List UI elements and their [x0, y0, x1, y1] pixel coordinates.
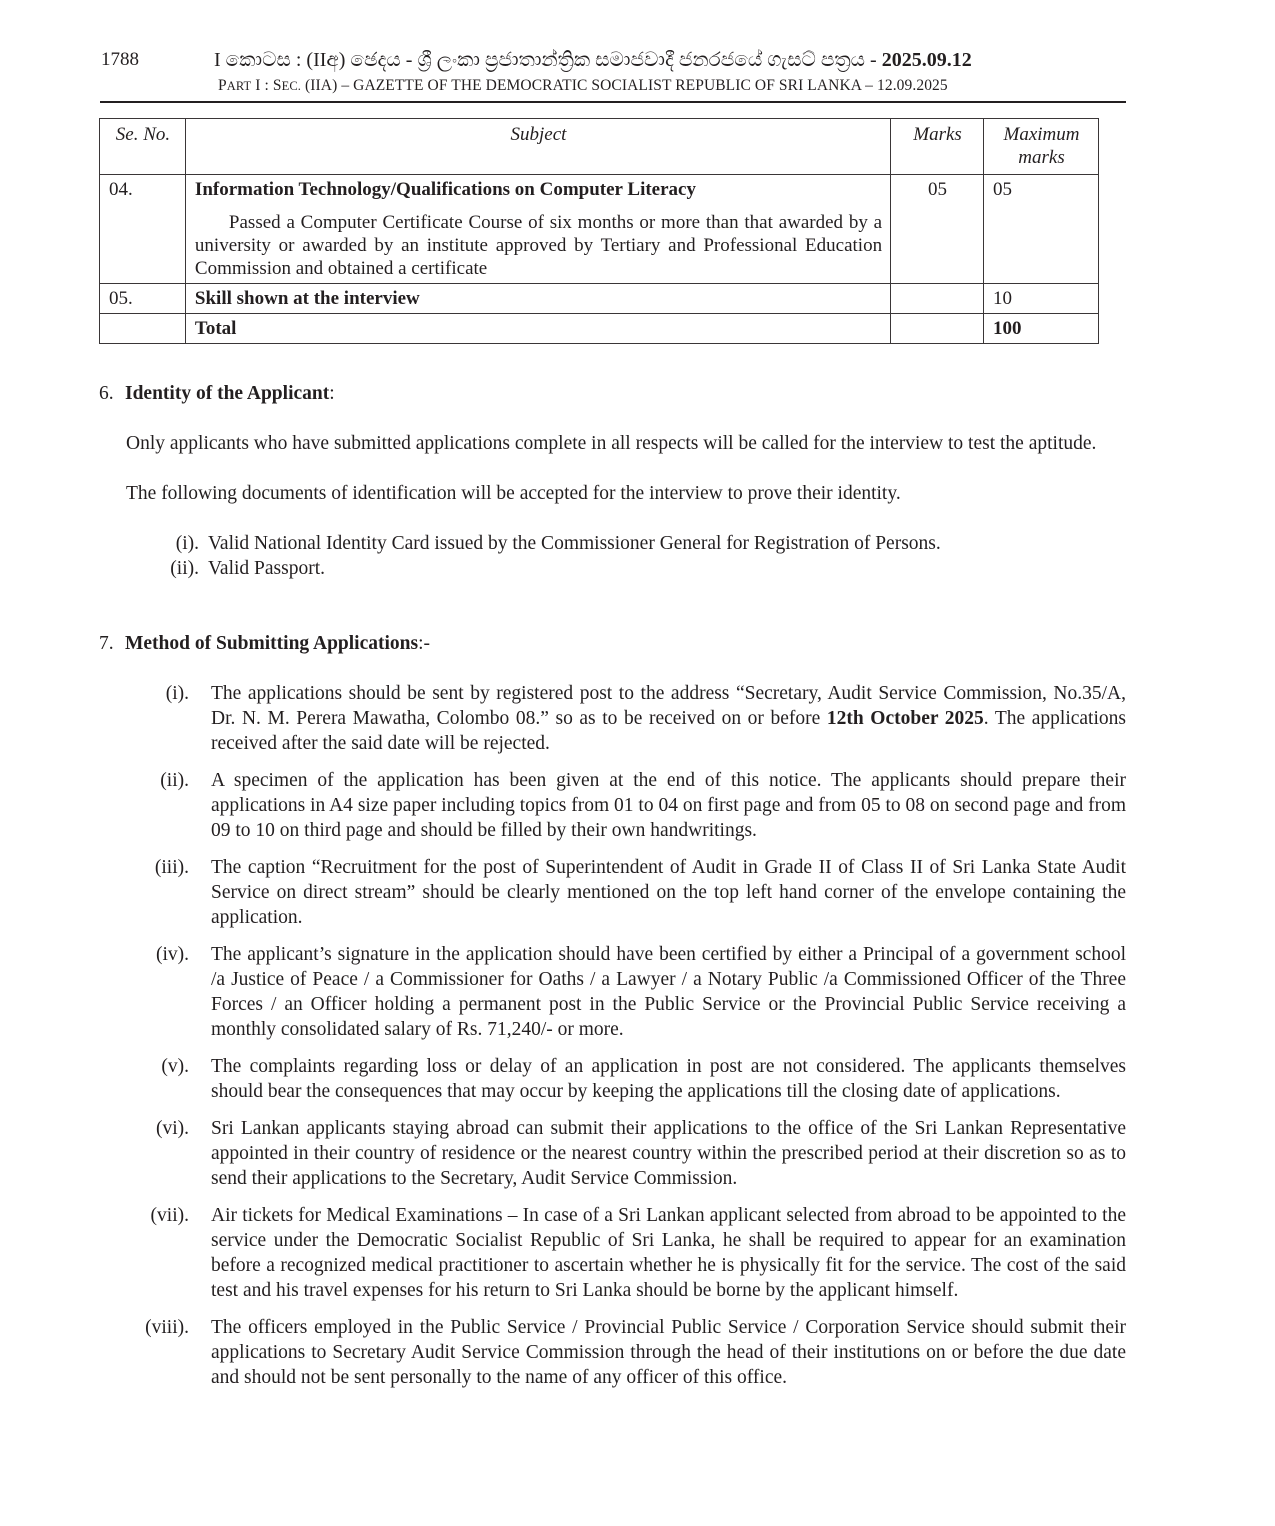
title-rest-1: I :: [251, 77, 273, 94]
cell-subject: Information Technology/Qualifications on…: [185, 175, 890, 284]
list-item: (ii).A specimen of the application has b…: [99, 768, 1126, 843]
cell-subject: Skill shown at the interview: [185, 284, 890, 314]
section-heading: 7.Method of Submitting Applications:-: [99, 631, 1126, 656]
list-item-label: (ii).: [99, 768, 189, 793]
list-item: (viii). The officers employed in the Pub…: [99, 1315, 1126, 1390]
header-rule: [100, 101, 1126, 103]
header-se-no: Se. No.: [100, 119, 186, 175]
marks-table: Se. No. Subject Marks Maximum marks 04. …: [99, 118, 1099, 344]
closing-date: 12th October 2025: [827, 708, 984, 729]
title-sec: SEC.: [273, 77, 301, 94]
list-item: (i).Valid National Identity Card issued …: [99, 531, 1126, 556]
cell-maximum-marks: 10: [984, 284, 1099, 314]
list-item-text: Sri Lankan applicants staying abroad can…: [211, 1118, 1126, 1189]
cell-marks: [891, 284, 984, 314]
sinhala-title-date: 2025.09.12: [882, 49, 972, 71]
list-item: (vi).Sri Lankan applicants staying abroa…: [99, 1116, 1126, 1191]
list-item-label: (v).: [99, 1054, 189, 1079]
gazette-title-sinhala: I කොටස : (IIඅ) ඡෙදය - ශ්‍රී ලංකා ප්‍රජාත…: [214, 49, 1064, 72]
table-row: 05. Skill shown at the interview 10: [100, 284, 1099, 314]
section-title-suffix: :: [329, 383, 334, 404]
subject-title: Information Technology/Qualifications on…: [195, 178, 882, 201]
list-item-label: (i).: [176, 531, 199, 556]
list-item-text: Valid Passport.: [208, 558, 325, 579]
list-item: (iii).The caption “Recruitment for the p…: [99, 855, 1126, 930]
list-item-label: (viii).: [99, 1315, 189, 1340]
section-title-suffix: :-: [418, 633, 430, 654]
table-row: 04. Information Technology/Qualification…: [100, 175, 1099, 284]
list-item: (vii).Air tickets for Medical Examinatio…: [99, 1203, 1126, 1303]
header-marks: Marks: [891, 119, 984, 175]
list-item-label: (vii).: [99, 1203, 189, 1228]
cell-total-maximum: 100: [984, 314, 1099, 344]
list-item: (ii).Valid Passport.: [99, 556, 1126, 581]
section-heading: 6.Identity of the Applicant:: [99, 381, 1126, 406]
identity-paragraph-2: The following documents of identificatio…: [126, 481, 1126, 506]
cell-total-label: Total: [185, 314, 890, 344]
list-item-text: The complaints regarding loss or delay o…: [211, 1056, 1126, 1102]
identity-paragraph-1: Only applicants who have submitted appli…: [126, 431, 1126, 456]
section-title: Method of Submitting Applications: [125, 633, 418, 654]
list-item-text: The officers employed in the Public Serv…: [211, 1317, 1126, 1388]
title-part: PART: [218, 77, 251, 94]
list-item-label: (iii).: [99, 855, 189, 880]
cell-se-no: [100, 314, 186, 344]
gazette-title-english: PART I : SEC. (IIA) – GAZETTE OF THE DEM…: [218, 77, 948, 95]
identity-documents-list: (i).Valid National Identity Card issued …: [99, 531, 1126, 581]
list-item-text: The applicant’s signature in the applica…: [211, 944, 1126, 1040]
title-rest-2: (IIA) – GAZETTE OF THE DEMOCRATIC SOCIAL…: [301, 77, 948, 94]
list-item-label: (iv).: [99, 942, 189, 967]
header-subject: Subject: [185, 119, 890, 175]
list-item-text: The caption “Recruitment for the post of…: [211, 857, 1126, 928]
cell-se-no: 04.: [100, 175, 186, 284]
section-identity: 6.Identity of the Applicant: Only applic…: [99, 381, 1126, 581]
list-item-label: (vi).: [99, 1116, 189, 1141]
list-item: (i).The applications should be sent by r…: [99, 681, 1126, 756]
section-title: Identity of the Applicant: [125, 383, 329, 404]
section-method-of-submitting: 7.Method of Submitting Applications:- (i…: [99, 631, 1126, 1402]
sinhala-title-text: I කොටස : (IIඅ) ඡෙදය - ශ්‍රී ලංකා ප්‍රජාත…: [214, 49, 882, 71]
list-item-text: Air tickets for Medical Examinations – I…: [211, 1205, 1126, 1301]
section-number: 6.: [99, 381, 125, 406]
header-maximum-marks: Maximum marks: [984, 119, 1099, 175]
list-item-label: (ii).: [170, 556, 199, 581]
list-item-label: (i).: [99, 681, 189, 706]
list-item-text: A specimen of the application has been g…: [211, 770, 1126, 841]
list-item: (v).The complaints regarding loss or del…: [99, 1054, 1126, 1104]
cell-maximum-marks: 05: [984, 175, 1099, 284]
list-item-text: Valid National Identity Card issued by t…: [208, 533, 941, 554]
list-item: (iv).The applicant’s signature in the ap…: [99, 942, 1126, 1042]
cell-marks: [891, 314, 984, 344]
section-number: 7.: [99, 631, 125, 656]
table-row-total: Total 100: [100, 314, 1099, 344]
submission-rules-list: (i).The applications should be sent by r…: [99, 681, 1126, 1390]
page-number: 1788: [101, 49, 139, 71]
subject-description: Passed a Computer Certificate Course of …: [195, 211, 882, 280]
cell-marks: 05: [891, 175, 984, 284]
table-header-row: Se. No. Subject Marks Maximum marks: [100, 119, 1099, 175]
cell-se-no: 05.: [100, 284, 186, 314]
